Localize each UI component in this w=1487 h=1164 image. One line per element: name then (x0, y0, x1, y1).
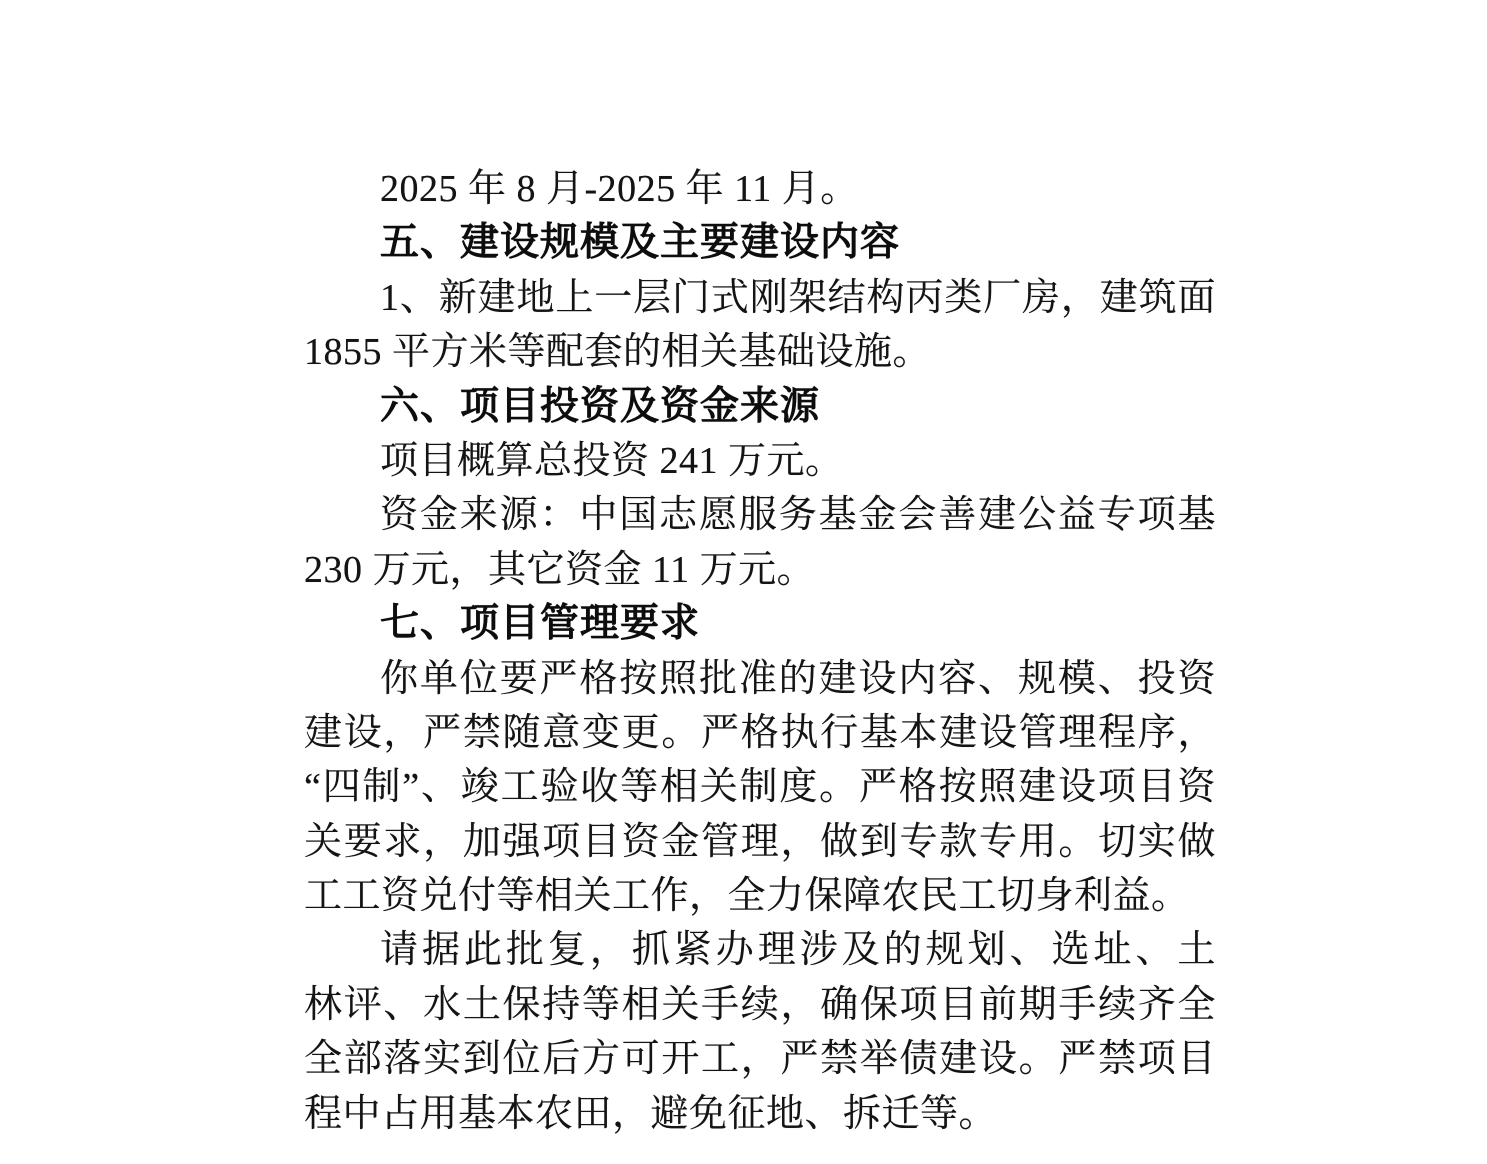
text-line: 林评、水土保持等相关手续，确保项目前期手续齐全且资金 (304, 978, 1216, 1032)
text-line: 全部落实到位后方可开工，严禁举债建设。严禁项目建设过 (304, 1032, 1216, 1086)
document-page: 2025 年 8 月-2025 年 11 月。 五、建设规模及主要建设内容 1、… (0, 0, 1487, 1164)
text-line: 程中占用基本农田，避免征地、拆迁等。 (304, 1087, 1216, 1141)
text-line: 你单位要严格按照批准的建设内容、规模、投资及地点 (304, 652, 1216, 706)
heading-section-6: 六、项目投资及资金来源 (304, 380, 1216, 434)
text-line: “四制”、竣工验收等相关制度。严格按照建设项目资金相 (304, 760, 1216, 814)
heading-section-7: 七、项目管理要求 (304, 597, 1216, 651)
text-line-total-investment: 项目概算总投资 241 万元。 (304, 434, 1216, 488)
text-line: 建设，严禁随意变更。严格执行基本建设管理程序，落实好 (304, 706, 1216, 760)
text-line-date-range: 2025 年 8 月-2025 年 11 月。 (304, 162, 1216, 216)
document-text-block: 2025 年 8 月-2025 年 11 月。 五、建设规模及主要建设内容 1、… (304, 162, 1216, 1141)
text-line: 工工资兑付等相关工作，全力保障农民工切身利益。 (304, 869, 1216, 923)
text-line-funding-source: 资金来源：中国志愿服务基金会善建公益专项基金资金 (304, 488, 1216, 542)
text-line: 请据此批复，抓紧办理涉及的规划、选址、土地、环评、 (304, 923, 1216, 977)
text-line: 230 万元，其它资金 11 万元。 (304, 543, 1216, 597)
text-line: 关要求，加强项目资金管理，做到专款专用。切实做好农民 (304, 815, 1216, 869)
heading-section-5: 五、建设规模及主要建设内容 (304, 216, 1216, 270)
text-line: 1855 平方米等配套的相关基础设施。 (304, 325, 1216, 379)
text-line: 1、新建地上一层门式刚架结构丙类厂房，建筑面积为 (304, 271, 1216, 325)
